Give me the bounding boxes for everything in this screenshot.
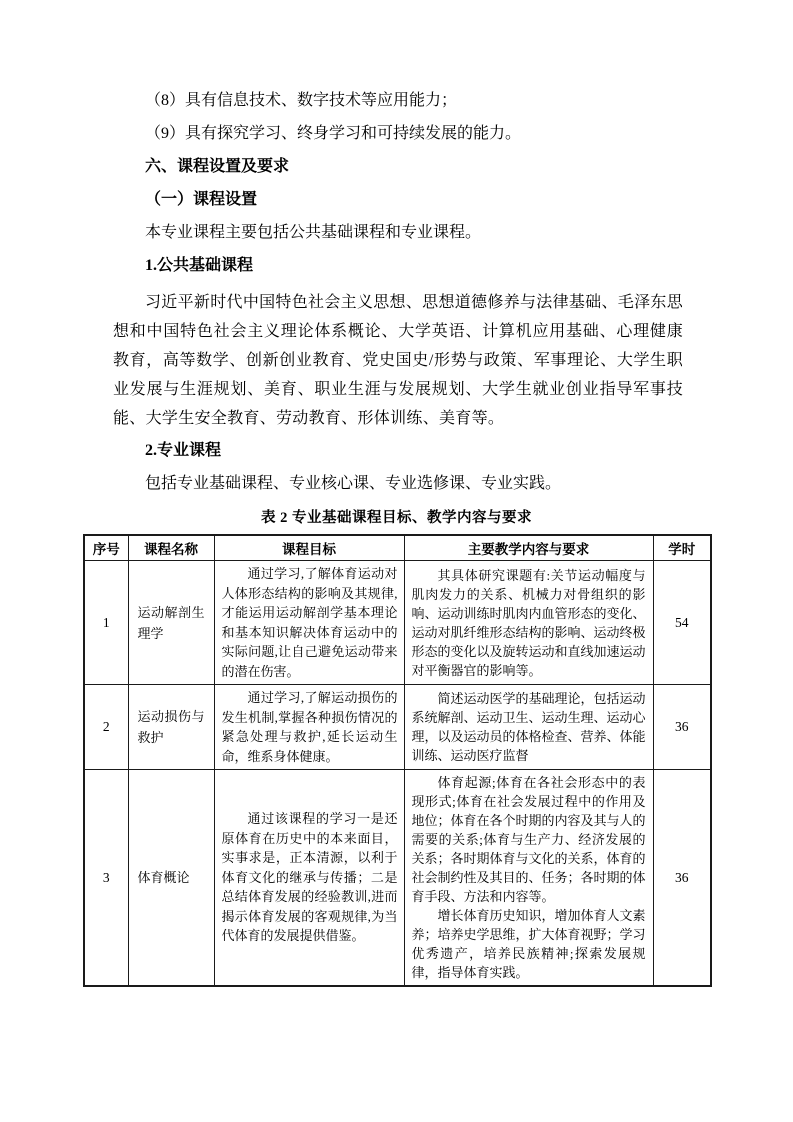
row-number: 3 [84,770,128,987]
major-course-paragraph: 包括专业基础课程、专业核心课、专业选修课、专业实践。 [113,473,683,495]
table-caption: 表 2 专业基础课程目标、教学内容与要求 [83,506,710,527]
teaching-content-text: 体育起源;体育在各社会形态中的表现形式;体育在社会发展过程中的作用及地位；体育在… [412,773,646,906]
course-goal-text: 通过学习,了解运动损伤的发生机制,掌握各种损伤情况的紧急处理与救护,延长运动生命… [222,688,398,766]
course-goal: 通过学习,了解体育运动对人体形态结构的影响及其规律,才能运用运动解剖学基本理论和… [214,561,404,685]
teaching-content: 体育起源;体育在各社会形态中的表现形式;体育在社会发展过程中的作用及地位；体育在… [404,770,653,987]
teaching-content-text: 其具体研究课题有:关节运动幅度与肌肉发力的关系、机械力对骨组织的影响、运动训练时… [412,566,646,680]
teaching-content-text: 简述运动医学的基础理论，包括运动系统解剖、运动卫生、运动生理、运动心理，以及运动… [412,689,646,765]
row-number: 1 [84,561,128,685]
teaching-content: 其具体研究课题有:关节运动幅度与肌肉发力的关系、机械力对骨组织的影响、运动训练时… [404,561,653,685]
course-name-text: 运动解剖生理学 [138,602,205,644]
course-goal: 通过该课程的学习一是还原体育在历史中的本来面目，实事求是，正本清源，以利于体育文… [214,770,404,987]
course-name-text: 体育概论 [138,867,205,888]
column-header-teaching-content: 主要教学内容与要求 [404,535,653,561]
section-heading-6: 六、课程设置及要求 [113,156,683,178]
table-row: 2 运动损伤与救护 通过学习,了解运动损伤的发生机制,掌握各种损伤情况的紧急处理… [84,685,711,770]
course-name-text: 运动损伤与救护 [138,706,205,748]
course-name: 运动解剖生理学 [128,561,214,685]
course-table: 序号 课程名称 课程目标 主要教学内容与要求 学时 1 运动解剖生理学 通过学习… [83,534,712,987]
course-hours: 54 [653,561,711,685]
column-header-no: 序号 [84,535,128,561]
course-goal-text: 通过学习,了解体育运动对人体形态结构的影响及其规律,才能运用运动解剖学基本理论和… [222,564,398,681]
public-course-paragraph: 习近平新时代中国特色社会主义思想、思想道德修养与法律基础、毛泽东思想和中国特色社… [113,288,683,433]
course-setup-intro: 本专业课程主要包括公共基础课程和专业课程。 [113,222,683,244]
document-page: （8）具有信息技术、数字技术等应用能力； （9）具有探究学习、终身学习和可持续发… [0,0,793,1122]
major-course-heading: 2.专业课程 [113,440,683,462]
teaching-content: 简述运动医学的基础理论，包括运动系统解剖、运动卫生、运动生理、运动心理，以及运动… [404,685,653,770]
public-course-heading: 1.公共基础课程 [113,255,683,277]
ability-item-8: （8）具有信息技术、数字技术等应用能力； [113,90,683,112]
teaching-content-text: 增长体育历史知识，增加体育人文素养；培养史学思维，扩大体育视野；学习优秀遗产，培… [412,906,646,982]
course-goal: 通过学习,了解运动损伤的发生机制,掌握各种损伤情况的紧急处理与救护,延长运动生命… [214,685,404,770]
course-goal-text: 通过该课程的学习一是还原体育在历史中的本来面目，实事求是，正本清源，以利于体育文… [222,809,398,946]
course-hours: 36 [653,770,711,987]
table-row: 3 体育概论 通过该课程的学习一是还原体育在历史中的本来面目，实事求是，正本清源… [84,770,711,987]
row-number: 2 [84,685,128,770]
ability-item-9: （9）具有探究学习、终身学习和可持续发展的能力。 [113,123,683,145]
column-header-course-name: 课程名称 [128,535,214,561]
table-row: 1 运动解剖生理学 通过学习,了解体育运动对人体形态结构的影响及其规律,才能运用… [84,561,711,685]
column-header-course-goal: 课程目标 [214,535,404,561]
table-header-row: 序号 课程名称 课程目标 主要教学内容与要求 学时 [84,535,711,561]
course-name: 运动损伤与救护 [128,685,214,770]
column-header-hours: 学时 [653,535,711,561]
course-name: 体育概论 [128,770,214,987]
subsection-heading-course-setup: （一）课程设置 [113,189,683,211]
course-hours: 36 [653,685,711,770]
